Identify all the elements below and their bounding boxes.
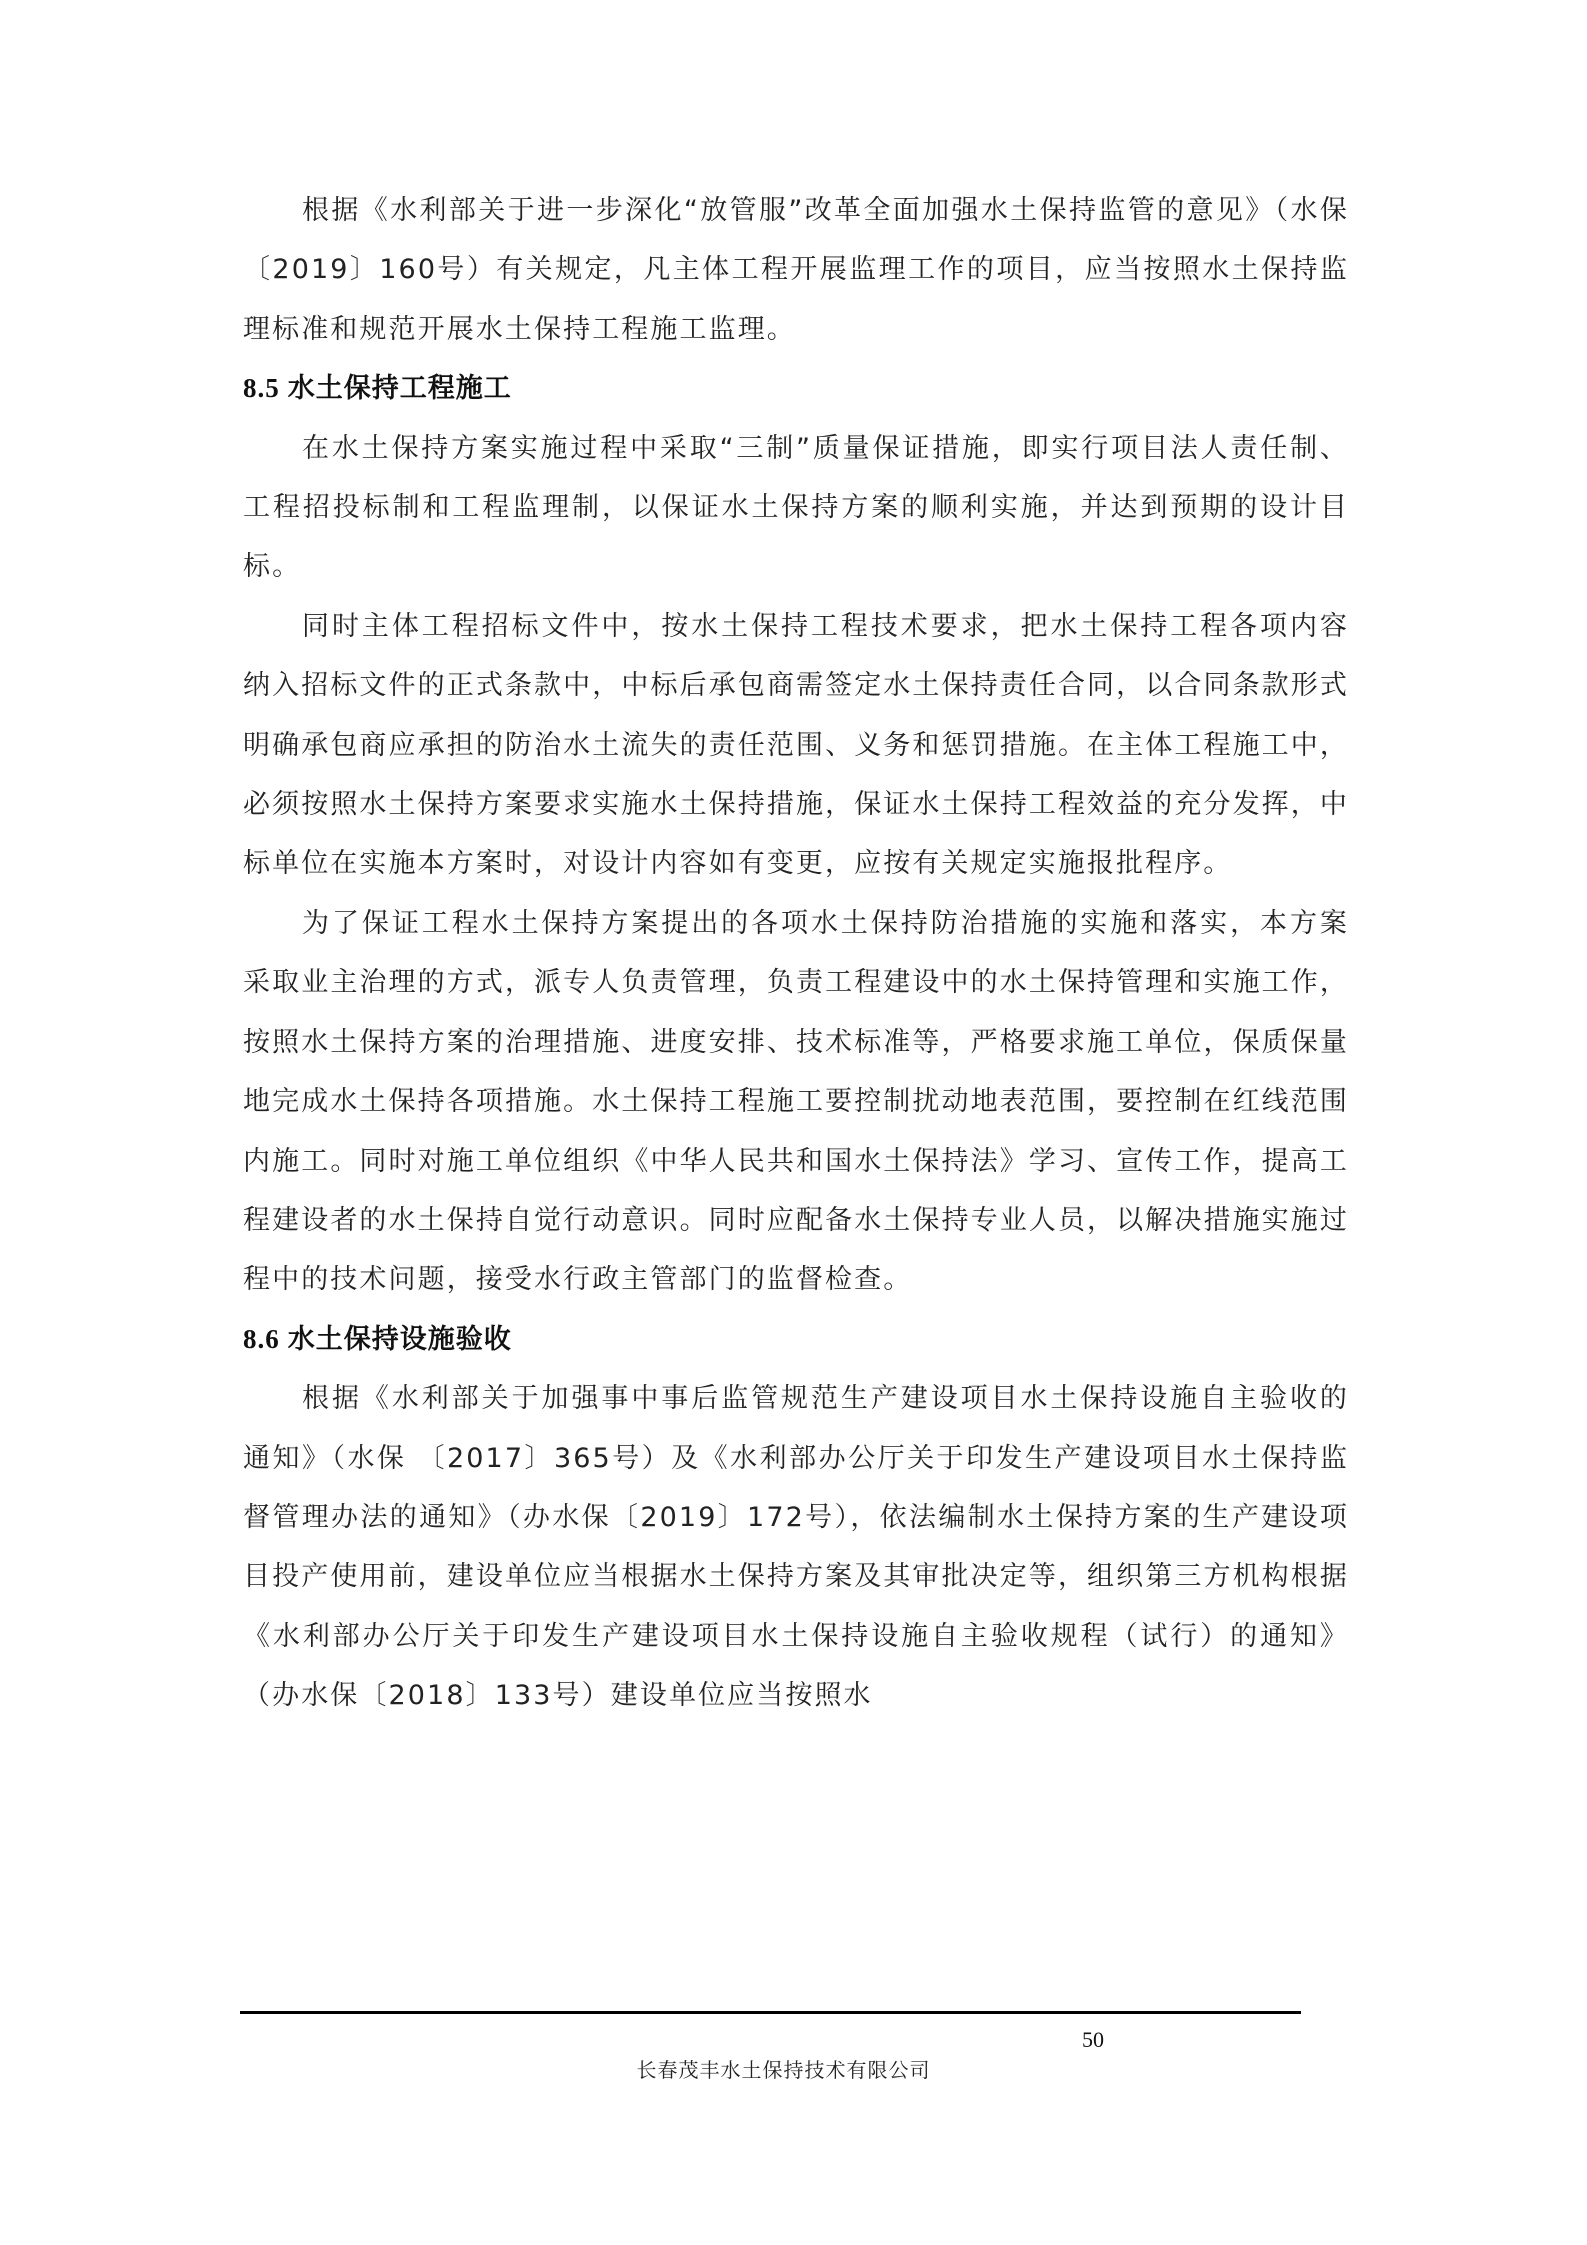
footer-divider [240,2011,1301,2014]
paragraph-owner-management: 为了保证工程水土保持方案提出的各项水土保持防治措施的实施和落实，本方案采取业主治… [243,894,1349,1310]
company-name: 长春茂丰水土保持技术有限公司 [637,2058,931,2082]
paragraph-acceptance-basis: 根据《水利部关于加强事中事后监管规范生产建设项目水土保持设施自主验收的通知》（水… [243,1369,1349,1725]
document-page: 根据《水利部关于进一步深化“放管服”改革全面加强水土保持监管的意见》（水保〔20… [0,0,1587,2245]
section-heading-8-6: 8.6水土保持设施验收 [243,1310,1349,1369]
section-title: 水土保持设施验收 [288,1324,512,1355]
footer-company: 长春茂丰水土保持技术有限公司 [0,2054,1587,2083]
section-title: 水土保持工程施工 [288,373,512,404]
paragraph-tender-documents: 同时主体工程招标文件中，按水土保持工程技术要求，把水土保持工程各项内容纳入招标文… [243,597,1349,894]
page-body: 根据《水利部关于进一步深化“放管服”改革全面加强水土保持监管的意见》（水保〔20… [243,181,1349,1726]
paragraph-supervision-basis: 根据《水利部关于进一步深化“放管服”改革全面加强水土保持监管的意见》（水保〔20… [243,181,1349,359]
paragraph-three-systems: 在水土保持方案实施过程中采取“三制”质量保证措施，即实行项目法人责任制、工程招投… [243,419,1349,597]
section-number: 8.5 [243,373,280,403]
section-number: 8.6 [243,1324,280,1354]
section-heading-8-5: 8.5水土保持工程施工 [243,359,1349,418]
page-number: 50 [1082,2027,1104,2053]
